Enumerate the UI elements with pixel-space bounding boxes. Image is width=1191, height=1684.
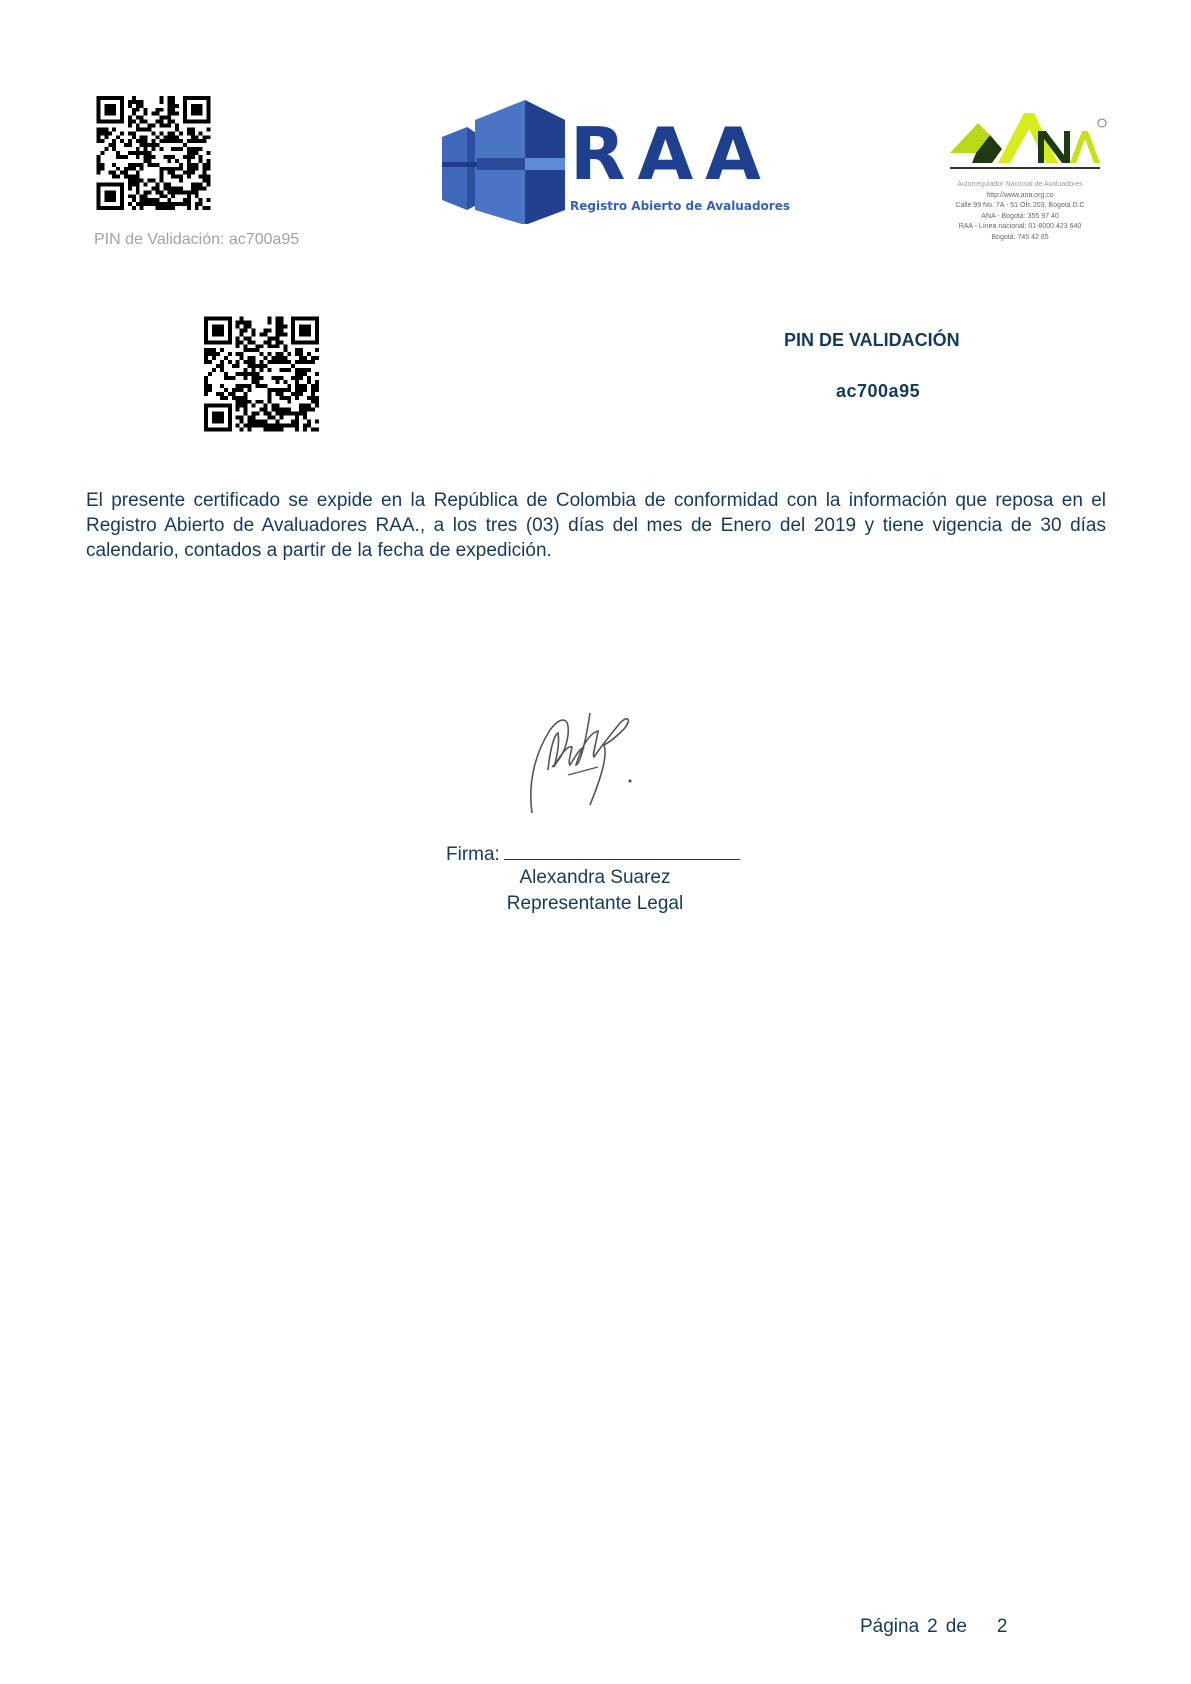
page-current: 2 [927, 1616, 938, 1637]
validation-pin: ac700a95 [836, 381, 920, 402]
validation-title: PIN DE VALIDACIÓN [784, 330, 960, 351]
validation-qr-code-icon [204, 316, 319, 432]
raa-logo-subtitle: Registro Abierto de Avaluadores [570, 199, 790, 213]
firma-label: Firma: [446, 844, 500, 865]
signature-line: Firma: [446, 843, 740, 866]
qr-code-icon [96, 96, 211, 210]
raa-building-icon [437, 92, 572, 224]
signer-name: Alexandra Suarez [440, 867, 750, 889]
signature-underline [504, 843, 740, 860]
ana-phone-national: RAA - Línea nacional: 01-8000 423 640 [930, 222, 1110, 233]
page-number: Página2de2 [860, 1616, 1015, 1638]
pin-validation-label: PIN de Validación: ac700a95 [94, 231, 299, 249]
ana-contact-info: Autorregulador Nacional de Avaluadores h… [930, 180, 1110, 243]
signer-role: Representante Legal [440, 893, 750, 915]
ana-tagline: Autorregulador Nacional de Avaluadores [930, 180, 1110, 191]
ana-mark-icon [930, 105, 1110, 177]
page-word: Página [860, 1616, 919, 1637]
raa-logo-title: RAA [570, 118, 773, 190]
ana-url: http://www.ana.org.co [930, 191, 1110, 202]
ana-phone-bogota-2: Bogotá: 745 42 65 [930, 233, 1110, 244]
ana-address: Calle 99 No. 7A - 51 Ofc.203, Bogotá D.C [930, 201, 1110, 212]
page-total: 2 [997, 1616, 1008, 1637]
ana-phone-bogota: ANA - Bogotá: 355 97 40 [930, 212, 1110, 223]
signature-icon [520, 705, 680, 820]
page-of-word: de [946, 1616, 967, 1637]
certificate-paragraph: El presente certificado se expide en la … [86, 488, 1106, 563]
